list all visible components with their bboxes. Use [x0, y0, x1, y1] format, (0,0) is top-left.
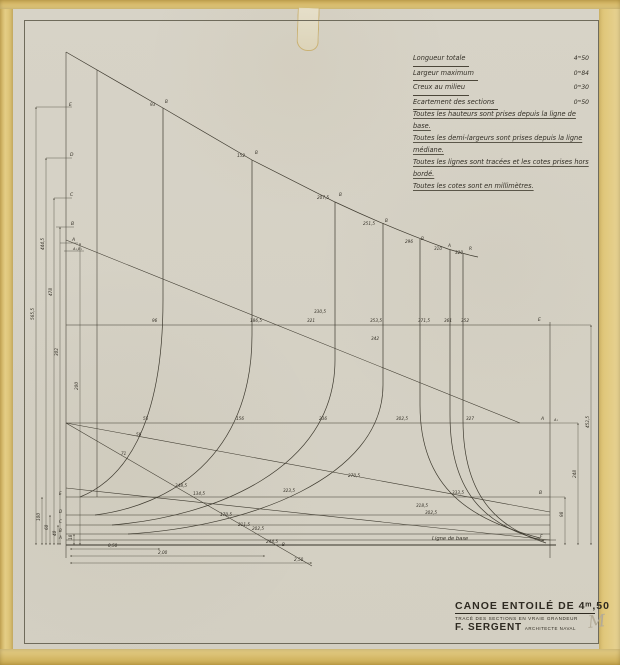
dim-label: 211,5 [238, 522, 250, 527]
dim-label: 236 [319, 416, 327, 421]
dim-label: 348,5 [175, 483, 187, 488]
dim-label: 134,5 [193, 491, 205, 496]
dim-label: 327 [466, 416, 474, 421]
dim-label: E [59, 491, 62, 496]
dim-label: A [58, 535, 62, 540]
dim-label: C [70, 192, 74, 198]
dim-label: 202,5 [252, 526, 264, 531]
dim-label: 330,5 [314, 309, 326, 314]
dim-label: 361 [444, 318, 452, 323]
dim-label: E [538, 317, 541, 323]
section-curve-8 [463, 254, 546, 543]
dim-label: A [447, 243, 451, 248]
spec-value: 0ᵐ30 [574, 81, 589, 95]
note-line: Toutes les hauteurs sont prises depuis l… [413, 109, 591, 132]
spec-value: 0ᵐ84 [574, 67, 589, 81]
dim-label: 270,5 [348, 473, 360, 478]
spec-row: Ecartement des sections0ᵐ50 [413, 96, 589, 111]
dim-label: 2,50 [294, 557, 304, 562]
dim-label: 353,5 [370, 318, 382, 323]
notes-block: Toutes les hauteurs sont prises depuis l… [413, 109, 591, 194]
spec-rows: Longueur totale4ᵐ50Largeur maximum0ᵐ84Cr… [413, 52, 589, 110]
dim-label: 342 [371, 336, 379, 341]
dim-label: 248 [572, 470, 577, 478]
dim-label: 170,5 [220, 512, 232, 517]
spec-block: Longueur totale4ᵐ50Largeur maximum0ᵐ84Cr… [413, 52, 589, 110]
spec-row: Largeur maximum0ᵐ84 [413, 67, 589, 82]
dim-label: 56 [136, 432, 142, 437]
dim-label: 207,5 [317, 195, 329, 200]
dim-label: 60 [44, 524, 49, 530]
dim-label: 244,5 [266, 539, 278, 544]
dim-label: 296 [405, 239, 413, 244]
dim-label: 310 [434, 246, 442, 251]
spec-value: 0ᵐ50 [574, 96, 589, 110]
spec-row: Longueur totale4ᵐ50 [413, 52, 589, 67]
dim-label: 18 [68, 534, 73, 540]
dim-label: 352 [461, 318, 469, 323]
dim-label: 200 [74, 382, 79, 390]
dim-label: 93 [150, 102, 156, 107]
author-name: F. SERGENTARCHITECTE NAVAL [455, 622, 595, 633]
dim-label: 156 [236, 416, 244, 421]
drawing-subtitle: TRACÉ DES SECTIONS EN VRAIE GRANDEUR [455, 616, 595, 621]
dim-label: A₁ [553, 418, 558, 422]
dim-label: B [539, 490, 542, 496]
dim-label: E [69, 102, 72, 108]
dim-label: B [385, 218, 388, 223]
section-curve-7 [450, 250, 544, 541]
dim-label: 0,50 [108, 543, 118, 548]
dim-label: 371,5 [418, 318, 430, 323]
dim-label: A [71, 237, 75, 243]
dim-label: 320 [455, 250, 463, 255]
dim-label: 318,5 [416, 503, 428, 508]
diagonal-ray-0 [66, 240, 520, 423]
spec-label: Longueur totale [413, 52, 469, 67]
note-line: Toutes les lignes sont tracées et les co… [413, 157, 591, 180]
note-line: Toutes les demi-largeurs sont prises dep… [413, 133, 591, 156]
drawing-title: CANOE ENTOILÉ DE 4ᵐ,50 [455, 600, 595, 614]
section-curve-4 [112, 202, 335, 525]
spec-row: Creux au milieu0ᵐ30 [413, 81, 589, 96]
dim-label: 302,5 [425, 510, 437, 515]
dim-label: B [339, 192, 342, 197]
dim-label: 96 [152, 318, 158, 323]
dim-label: 333,5 [452, 490, 464, 495]
dim-label: B [71, 221, 74, 227]
dim-label: 478 [48, 288, 53, 296]
dim-label: 40 [52, 530, 57, 536]
dim-label: B [59, 528, 62, 533]
dim-label: 152 [237, 153, 245, 158]
section-curve-6 [420, 239, 540, 538]
spec-value: 4ᵐ50 [574, 52, 589, 66]
dim-label: A₁,B₁ [72, 247, 83, 251]
dim-label: R [469, 246, 472, 251]
drawing-sheet: 93B152B207,5B251,5B296B310A320R96186,532… [0, 0, 620, 665]
spec-label: Largeur maximum [413, 67, 478, 82]
dim-label: 452,5 [585, 416, 590, 428]
dim-label: 71 [121, 451, 127, 456]
dim-label: 100 [36, 513, 41, 521]
spec-label: Creux au milieu [413, 81, 469, 96]
dim-label: 186,5 [250, 318, 262, 323]
dim-label: 98 [559, 511, 564, 517]
dim-label: 302,5 [396, 416, 408, 421]
section-curve-5 [128, 223, 383, 534]
dim-label: 302 [54, 348, 59, 356]
baseline-label: Ligne de base [432, 536, 468, 542]
dim-label: B [255, 150, 258, 155]
dim-label: D [59, 509, 63, 514]
dim-ticks-right [550, 325, 591, 497]
dim-label: 444,5 [40, 238, 45, 250]
section-curve-3 [95, 160, 252, 515]
dim-label: C [59, 519, 62, 524]
title-block: CANOE ENTOILÉ DE 4ᵐ,50 TRACÉ DES SECTION… [455, 600, 595, 633]
author-role: ARCHITECTE NAVAL [525, 626, 576, 631]
pencil-monogram: M [587, 611, 606, 633]
dim-label: 323,5 [283, 488, 295, 493]
dim-label: B [421, 236, 424, 241]
dim-label: B [282, 542, 285, 547]
note-line: Toutes les cotes sont en millimètres. [413, 181, 591, 193]
dim-label: F [540, 534, 543, 540]
dim-label: 251,5 [363, 221, 375, 226]
dim-label: 55 [143, 416, 149, 421]
dim-label: A [540, 416, 544, 422]
spec-label: Ecartement des sections [413, 96, 498, 111]
dim-label: D [70, 152, 74, 158]
author: F. SERGENT [455, 622, 522, 633]
dim-label: B [165, 99, 168, 104]
dim-label: 2,00 [158, 550, 168, 555]
dim-label: 321 [307, 318, 315, 323]
diagonal-ray-3 [66, 488, 550, 540]
dim-label: 565,5 [30, 308, 35, 320]
